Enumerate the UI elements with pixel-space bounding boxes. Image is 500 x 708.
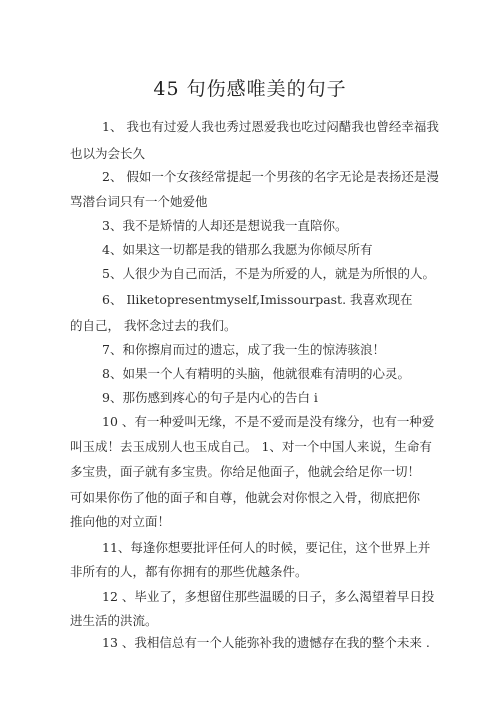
text-line: 进生活的洪流。 [70,613,158,629]
text-line: 6、 Iliketopresentmyself,Imissourpast. 我喜… [102,292,413,308]
text-line: 5、人很少为自己而活，不是为所爱的人，就是为所恨的人。 [102,266,435,282]
text-line: 8、如果一个人有精明的头脑，他就很难有清明的心灵。 [102,366,410,382]
text-line: 多宝贵，面子就有多宝贵。你给足他面子，他就会给足你一切！ [70,464,420,480]
text-line: 叫玉成！去玉成别人也玉成自己。 1、对一个中国人来说，生命有 [70,439,432,455]
text-line: 骂潜台词只有一个她爱他 [70,194,208,210]
text-line: 可如果你伤了他的面子和自尊，他就会对你恨之入骨，彻底把你 [70,490,420,506]
text-line: 2、 假如一个女孩经常提起一个男孩的名字无论是表扬还是漫 [102,169,439,185]
text-line: 3、我不是矫情的人却还是想说我一直陪你。 [102,218,347,234]
text-line: 10 、有一种爱叫无缘，不是不爱而是没有缘分，也有一种爱 [102,414,434,430]
text-line: 12 、毕业了，多想留住那些温暖的日子，多么渴望着早日投 [102,589,434,605]
text-line: 4、如果这一切都是我的错那么我愿为你倾尽所有 [102,242,372,258]
text-line: 9、那伤感到疼心的句子是内心的告白 i [102,390,318,406]
text-line: 1、 我也有过爱人我也秀过恩爱我也吃过闷醋我也曾经幸福我 [102,119,439,135]
text-line: 非所有的人，都有你拥有的那些优越条件。 [70,564,308,580]
document-title: 45 句伤感唯美的句子 [0,74,500,101]
text-line: 也以为会长久 [70,146,145,162]
text-line: 的自己， 我怀念过去的我们。 [70,318,236,334]
text-line: 7、和你擦肩而过的遗忘，成了我一生的惊涛骇浪！ [102,342,385,358]
text-line: 11、每逢你想要批评任何人的时候，要记住，这个世界上并 [102,540,430,556]
text-line: 13 、我相信总有一个人能弥补我的遗憾存在我的整个未来 . [102,635,430,651]
text-line: 推向他的对立面！ [70,514,170,530]
